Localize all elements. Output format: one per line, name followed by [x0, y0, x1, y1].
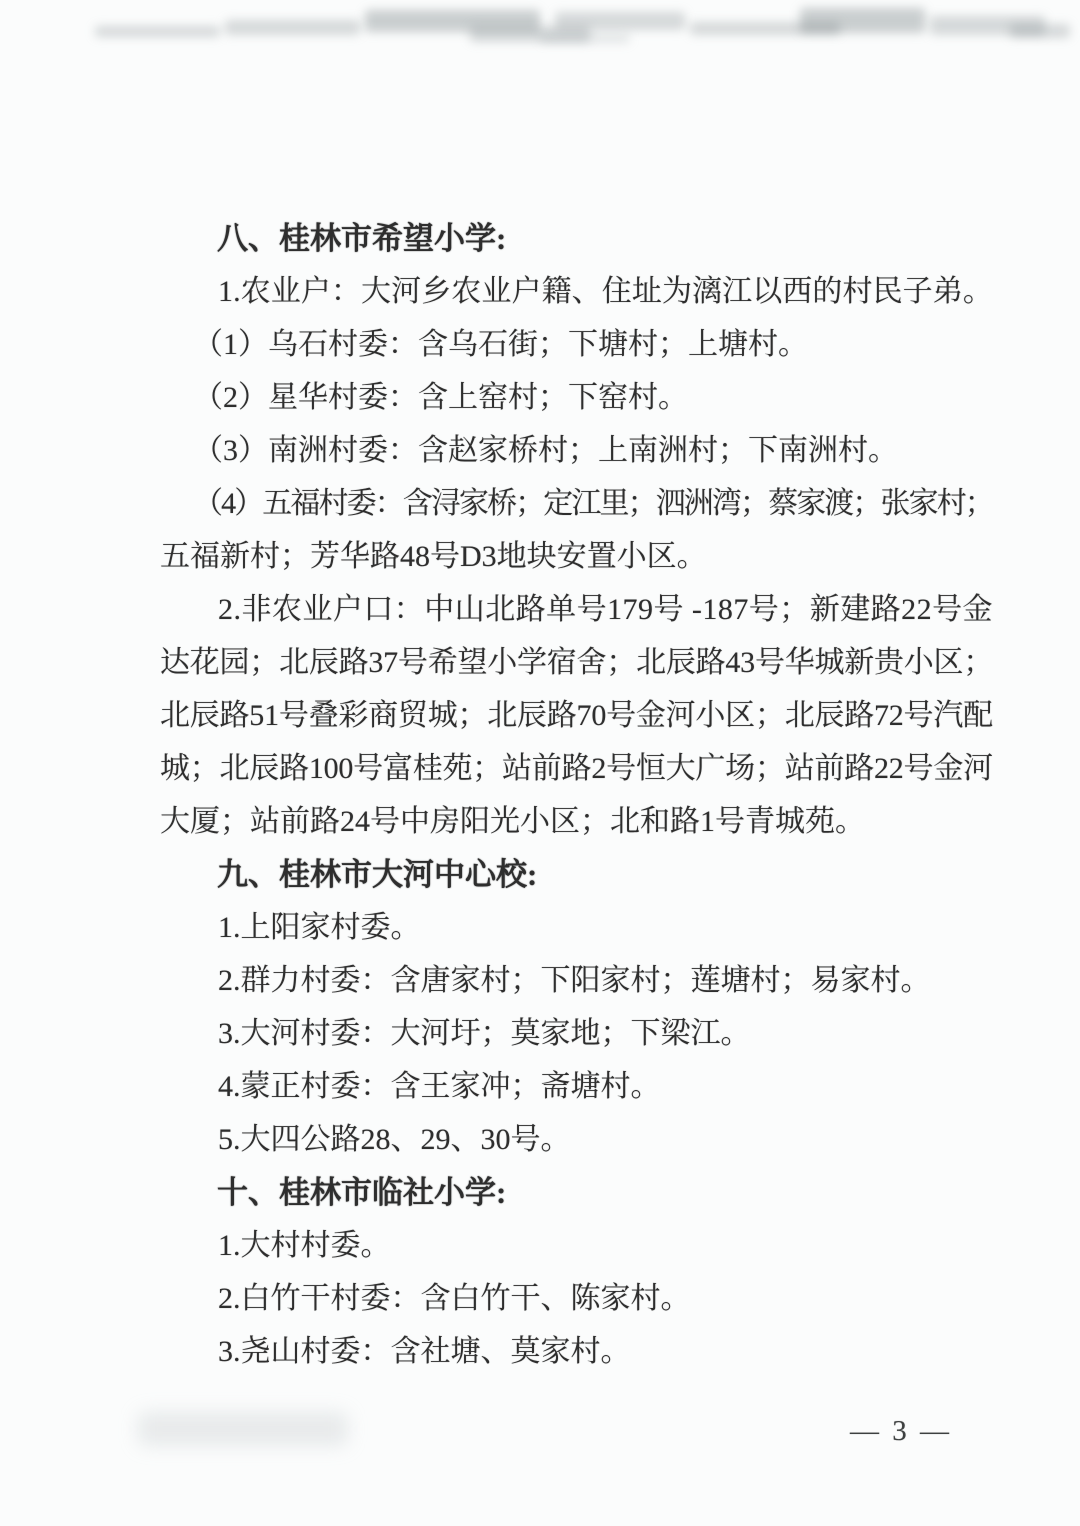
doc-line: 1.农业户：大河乡农业户籍、住址为漓江以西的村民子弟。 — [160, 265, 993, 318]
line-text: 2.白竹干村委：含白竹干、陈家村。 — [218, 1282, 691, 1315]
heading-text: 十、桂林市临社小学: — [217, 1175, 506, 1210]
section-heading-9: 九、桂林市大河中心校: — [160, 848, 993, 901]
line-text: 3.大河村委：大河圩；莫家地；下梁江。 — [218, 1017, 751, 1050]
doc-line: 1.大村村委。 — [160, 1219, 993, 1272]
line-text: 4.蒙正村委：含王家冲；斋塘村。 — [218, 1070, 661, 1103]
heading-text: 九、桂林市大河中心校: — [217, 857, 537, 892]
doc-line: 2.白竹干村委：含白竹干、陈家村。 — [160, 1272, 993, 1325]
line-text: 1.大村村委。 — [218, 1229, 391, 1262]
line-text: （1）乌石村委：含乌石街；下塘村；上塘村。 — [193, 328, 808, 361]
doc-line: 城；北辰路100号富桂苑；站前路2号恒大广场；站前路22号金河 — [160, 742, 993, 795]
artifact-blob — [800, 8, 925, 33]
section-heading-8: 八、桂林市希望小学: — [160, 212, 993, 265]
doc-line: 3.大河村委：大河圩；莫家地；下梁江。 — [160, 1007, 993, 1060]
heading-text: 八、桂林市希望小学: — [217, 221, 506, 256]
doc-line: 5.大四公路28、29、30号。 — [160, 1113, 993, 1166]
line-text: 1.农业户：大河乡农业户籍、住址为漓江以西的村民子弟。 — [218, 275, 993, 308]
doc-line: 大厦；站前路24号中房阳光小区；北和路1号青城苑。 — [160, 795, 993, 848]
line-text: 城；北辰路100号富桂苑；站前路2号恒大广场；站前路22号金河 — [160, 752, 993, 785]
scan-bleed-artifact — [0, 0, 1080, 60]
line-text: 1.上阳家村委。 — [218, 911, 421, 944]
doc-line: 4.蒙正村委：含王家冲；斋塘村。 — [160, 1060, 993, 1113]
doc-line: 3.尧山村委：含社塘、莫家村。 — [160, 1325, 993, 1378]
artifact-blob — [555, 12, 685, 30]
doc-line: 1.上阳家村委。 — [160, 901, 993, 954]
scan-smudge-artifact — [138, 1412, 348, 1446]
artifact-blob — [1010, 24, 1070, 38]
artifact-blob — [540, 34, 630, 43]
doc-line: 2.群力村委：含唐家村；下阳家村；莲塘村；易家村。 — [160, 954, 993, 1007]
line-text: （2）星华村委：含上窑村；下窑村。 — [193, 381, 688, 414]
line-text: 五福新村；芳华路48号D3地块安置小区。 — [160, 540, 707, 573]
section-heading-10: 十、桂林市临社小学: — [160, 1166, 993, 1219]
line-text: 大厦；站前路24号中房阳光小区；北和路1号青城苑。 — [160, 805, 865, 838]
doc-line: （4）五福村委：含浔家桥；定江里；泗洲湾；蔡家渡；张家村； — [160, 477, 993, 530]
line-text: 北辰路51号叠彩商贸城；北辰路70号金河小区；北辰路72号汽配 — [160, 699, 993, 732]
line-text: 2.群力村委：含唐家村；下阳家村；莲塘村；易家村。 — [218, 964, 931, 997]
line-text: 5.大四公路28、29、30号。 — [218, 1123, 571, 1156]
doc-line: （2）星华村委：含上窑村；下窑村。 — [160, 371, 993, 424]
line-text: 达花园；北辰路37号希望小学宿舍；北辰路43号华城新贵小区； — [160, 646, 993, 679]
doc-line: 2.非农业户口：中山北路单号179号 -187号；新建路22号金 — [160, 583, 993, 636]
line-text: （4）五福村委：含浔家桥；定江里；泗洲湾；蔡家渡；张家村； — [193, 487, 993, 520]
doc-line: （1）乌石村委：含乌石街；下塘村；上塘村。 — [160, 318, 993, 371]
artifact-blob — [95, 26, 220, 37]
doc-line: 五福新村；芳华路48号D3地块安置小区。 — [160, 530, 993, 583]
line-text: 2.非农业户口：中山北路单号179号 -187号；新建路22号金 — [218, 593, 993, 626]
doc-line: （3）南洲村委：含赵家桥村；上南洲村；下南洲村。 — [160, 424, 993, 477]
line-text: 3.尧山村委：含社塘、莫家村。 — [218, 1335, 631, 1368]
document-body: 八、桂林市希望小学: 1.农业户：大河乡农业户籍、住址为漓江以西的村民子弟。 （… — [160, 212, 993, 1378]
line-text: （3）南洲村委：含赵家桥村；上南洲村；下南洲村。 — [193, 434, 898, 467]
scanned-document-page: 八、桂林市希望小学: 1.农业户：大河乡农业户籍、住址为漓江以西的村民子弟。 （… — [0, 0, 1080, 1526]
page-number: — 3 — — [850, 1414, 952, 1448]
doc-line: 北辰路51号叠彩商贸城；北辰路70号金河小区；北辰路72号汽配 — [160, 689, 993, 742]
doc-line: 达花园；北辰路37号希望小学宿舍；北辰路43号华城新贵小区； — [160, 636, 993, 689]
artifact-blob — [225, 20, 360, 35]
